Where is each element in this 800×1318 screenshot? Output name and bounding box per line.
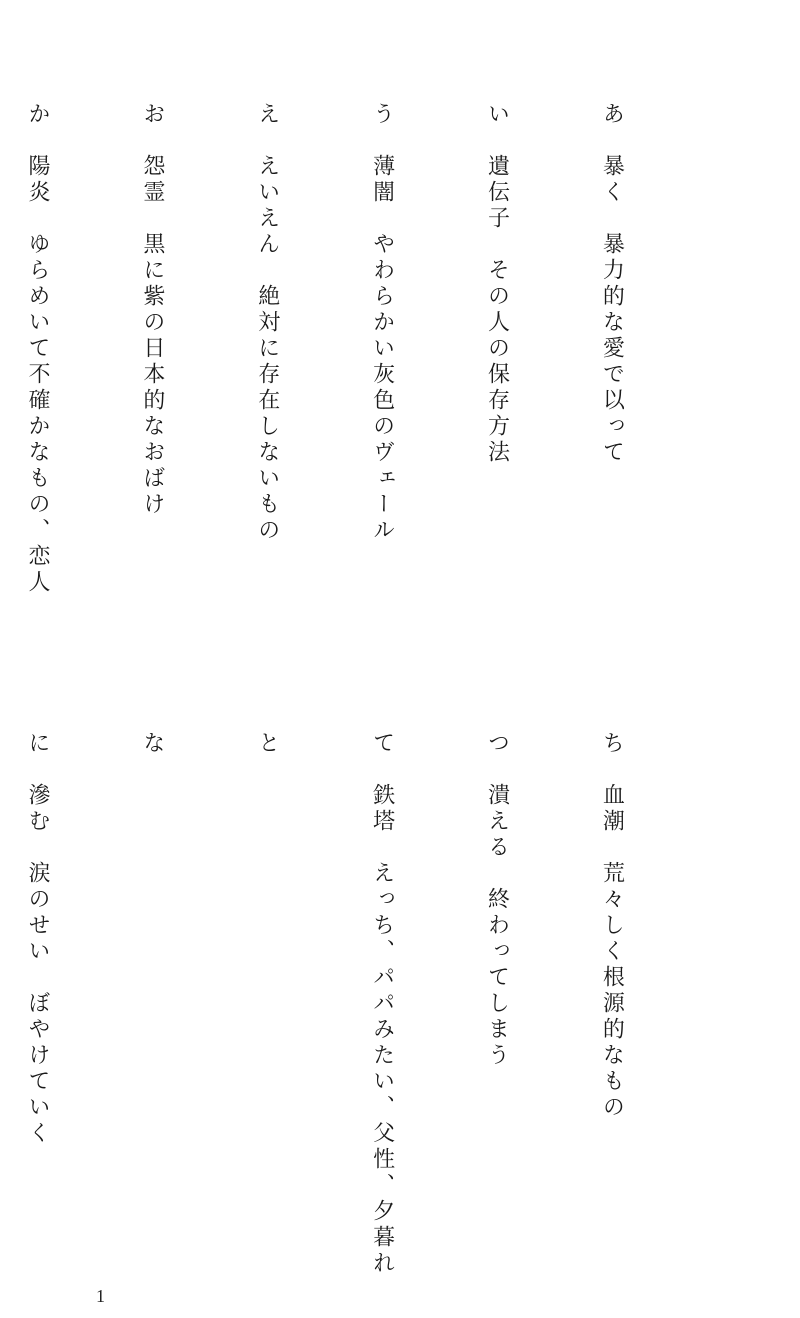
entry-phrase: 暴力的な愛で以って xyxy=(599,232,624,466)
poem-line: て 鉄塔 えっち、パパみたい、父性、夕暮れ xyxy=(362,731,400,1251)
kana-label: て xyxy=(370,731,395,757)
entry-phrase: 黒に紫の日本的なおばけ xyxy=(140,232,165,518)
entry-phrase: ゆらめいて不確かなもの、恋人 xyxy=(25,232,50,596)
entry-word: 血潮 xyxy=(599,783,624,835)
poem-section-top: あ 暴く 暴力的な愛で以って い 遺伝子 その人の保存方法 う 薄闇 やわらかい… xyxy=(0,102,707,622)
entry-word: 潰える xyxy=(485,783,510,861)
kana-label: え xyxy=(255,102,280,128)
poem-line: ち 血潮 荒々しく根源的なもの xyxy=(592,731,630,1251)
page-number: 1 xyxy=(96,1286,105,1307)
entry-word: えいえん xyxy=(255,154,280,258)
poem-line: な xyxy=(133,731,171,1251)
kana-label: な xyxy=(140,731,165,757)
entry-word: 滲む xyxy=(25,783,50,835)
kana-label: う xyxy=(370,102,395,128)
entry-word: 暴く xyxy=(599,154,624,206)
poem-line: お 怨霊 黒に紫の日本的なおばけ xyxy=(133,102,171,622)
poem-line: い 遺伝子 その人の保存方法 xyxy=(477,102,515,622)
poem-line: つ 潰える 終わってしまう xyxy=(477,731,515,1251)
entry-phrase: やわらかい灰色のヴェール xyxy=(370,232,395,544)
kana-label: か xyxy=(25,102,50,128)
poem-line: に 滲む 涙のせい ぼやけていく xyxy=(18,731,56,1251)
entry-phrase: 終わってしまう xyxy=(485,887,510,1069)
entry-phrase: 絶対に存在しないもの xyxy=(255,284,280,544)
poem-line: か 陽炎 ゆらめいて不確かなもの、恋人 xyxy=(18,102,56,622)
poem-line: う 薄闇 やわらかい灰色のヴェール xyxy=(362,102,400,622)
entry-word: 陽炎 xyxy=(25,154,50,206)
kana-label: に xyxy=(25,731,50,757)
entry-word: 怨霊 xyxy=(140,154,165,206)
poem-section-bottom: ち 血潮 荒々しく根源的なもの つ 潰える 終わってしまう て 鉄塔 えっち、パ… xyxy=(0,731,707,1251)
entry-phrase: えっち、パパみたい、父性、夕暮れ xyxy=(370,861,395,1277)
kana-label: ち xyxy=(599,731,624,757)
kana-label: つ xyxy=(485,731,510,757)
entry-phrase: その人の保存方法 xyxy=(485,258,510,466)
kana-label: い xyxy=(485,102,510,128)
entry-word: 遺伝子 xyxy=(485,154,510,232)
kana-label: と xyxy=(255,731,280,757)
poem-line: あ 暴く 暴力的な愛で以って xyxy=(592,102,630,622)
entry-word: 薄闇 xyxy=(370,154,395,206)
entry-word: 鉄塔 xyxy=(370,783,395,835)
kana-label: あ xyxy=(599,102,624,128)
kana-label: お xyxy=(140,102,165,128)
entry-phrase: 荒々しく根源的なもの xyxy=(599,861,624,1121)
poem-line: と xyxy=(247,731,285,1251)
entry-phrase: 涙のせい ぼやけていく xyxy=(25,861,50,1147)
poem-line: え えいえん 絶対に存在しないもの xyxy=(247,102,285,622)
